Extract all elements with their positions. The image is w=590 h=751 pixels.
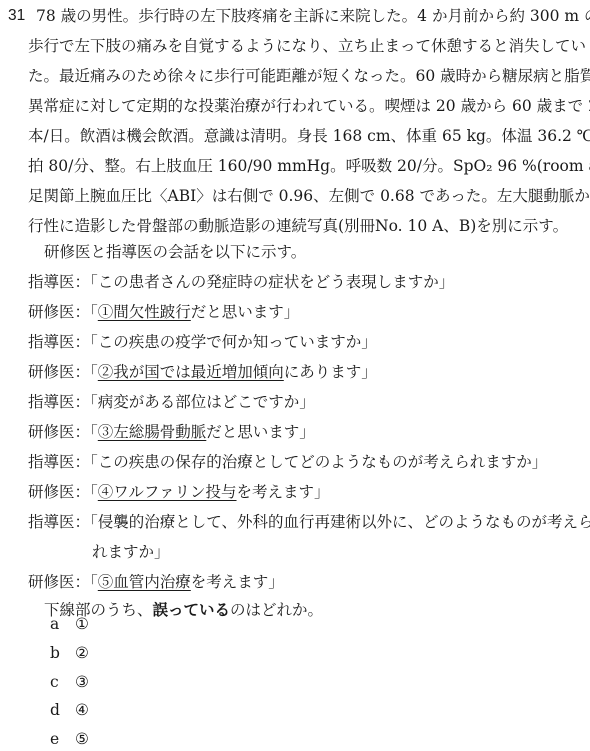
utterance: 「この疾患の疫学で何か知っていますか」 [90,333,377,351]
speaker-label: 指導医： [28,273,90,291]
utterance-rest: を考えます」 [191,573,284,591]
stem-line: 拍 80/分、整。右上肢血圧 160/90 mmHg。呼吸数 20/分。SpO₂… [28,156,590,176]
stem-line: 本/日。飲酒は機会飲酒。意識は清明。身長 168 cm、体重 65 kg。体温 … [28,126,590,146]
utterance-rest: を考えます」 [237,483,330,501]
utterance-rest: だと思います」 [191,303,300,321]
dialogue-line-resident: 研修医：「①間欠性跛行だと思います」 [28,302,299,322]
stem-line: 行性に造影した骨盤部の動脈造影の連続写真(別冊No. 10 A、B)を別に示す。 [28,216,568,236]
choice-d[interactable]: d ④ [0,700,120,720]
speaker-label: 指導医： [28,453,90,471]
open-quote: 「 [90,423,98,441]
utterance-rest: にあります」 [284,363,377,381]
dialogue-line-resident: 研修医：「⑤血管内治療を考えます」 [28,572,284,592]
speaker-label: 研修医： [28,303,90,321]
underlined-statement-3: ③左総腸骨動脈 [98,423,207,441]
speaker-label: 指導医： [28,333,90,351]
stem-line: た。最近痛みのため徐々に歩行可能距離が短くなった。60 歳時から糖尿病と脂質 [28,66,590,86]
speaker-label: 研修医： [28,423,90,441]
dialogue-line-resident: 研修医：「④ワルファリン投与を考えます」 [28,482,330,502]
choice-value: ③ [75,672,89,692]
open-quote: 「 [90,573,98,591]
open-quote: 「 [90,303,98,321]
dialogue-line-attending: 指導医：「この患者さんの発症時の症状をどう表現しますか」 [28,272,454,292]
underlined-statement-2: ②我が国では最近増加傾向 [98,363,284,381]
choice-letter: d [50,700,60,720]
choice-value: ⑤ [75,729,89,749]
question-number: 31 [8,6,25,26]
prompt-text: のはどれか。 [230,601,323,619]
underlined-statement-1: ①間欠性跛行 [98,303,191,321]
dialogue-line-attending: 指導医：「この疾患の保存的治療としてどのようなものが考えられますか」 [28,452,547,472]
speaker-label: 研修医： [28,363,90,381]
open-quote: 「 [90,483,98,501]
speaker-label: 指導医： [28,513,90,531]
dialogue-line-resident: 研修医：「③左総腸骨動脈だと思います」 [28,422,315,442]
choice-e[interactable]: e ⑤ [0,729,120,749]
choice-value: ② [75,643,89,663]
choice-letter: e [50,729,59,749]
dialogue-line-attending: 指導医：「侵襲的治療として、外科的血行再建術以外に、どのようなものが考えら [28,512,590,532]
stem-line: 78 歳の男性。歩行時の左下肢疼痛を主訴に来院した。4 か月前から約 300 m… [36,6,590,26]
choice-letter: b [50,643,60,663]
choice-letter: a [50,614,59,634]
open-quote: 「 [90,363,98,381]
speaker-label: 研修医： [28,573,90,591]
choice-b[interactable]: b ② [0,643,120,663]
choice-a[interactable]: a ① [0,614,120,634]
speaker-label: 指導医： [28,393,90,411]
stem-line: 足関節上腕血圧比〈ABI〉は右側で 0.96、左側で 0.68 であった。左大腿… [28,186,590,206]
dialogue-line-attending: 指導医：「この疾患の疫学で何か知っていますか」 [28,332,377,352]
utterance: れますか」 [92,543,170,561]
utterance: 「この疾患の保存的治療としてどのようなものが考えられますか」 [90,453,547,471]
prompt-emphasis: 誤っている [153,601,231,619]
speaker-label: 研修医： [28,483,90,501]
choice-c[interactable]: c ③ [0,672,120,692]
choice-value: ① [75,614,89,634]
choice-letter: c [50,672,59,692]
utterance: 「病変がある部位はどこですか」 [90,393,315,411]
choice-value: ④ [75,700,89,720]
underlined-statement-4: ④ワルファリン投与 [98,483,237,501]
dialogue-line-resident: 研修医：「②我が国では最近増加傾向にあります」 [28,362,377,382]
utterance: 「侵襲的治療として、外科的血行再建術以外に、どのようなものが考えら [90,513,590,531]
dialogue-line-attending: 指導医：「病変がある部位はどこですか」 [28,392,315,412]
utterance: 「この患者さんの発症時の症状をどう表現しますか」 [90,273,454,291]
dialogue-intro: 研修医と指導医の会話を以下に示す。 [44,242,306,262]
utterance-rest: だと思います」 [206,423,315,441]
stem-line: 異常症に対して定期的な投薬治療が行われている。喫煙は 20 歳から 60 歳まで… [28,96,590,116]
dialogue-line-continuation: れますか」 [92,542,170,562]
underlined-statement-5: ⑤血管内治療 [98,573,191,591]
stem-line: 歩行で左下肢の痛みを自覚するようになり、立ち止まって休憩すると消失してい [28,36,586,56]
